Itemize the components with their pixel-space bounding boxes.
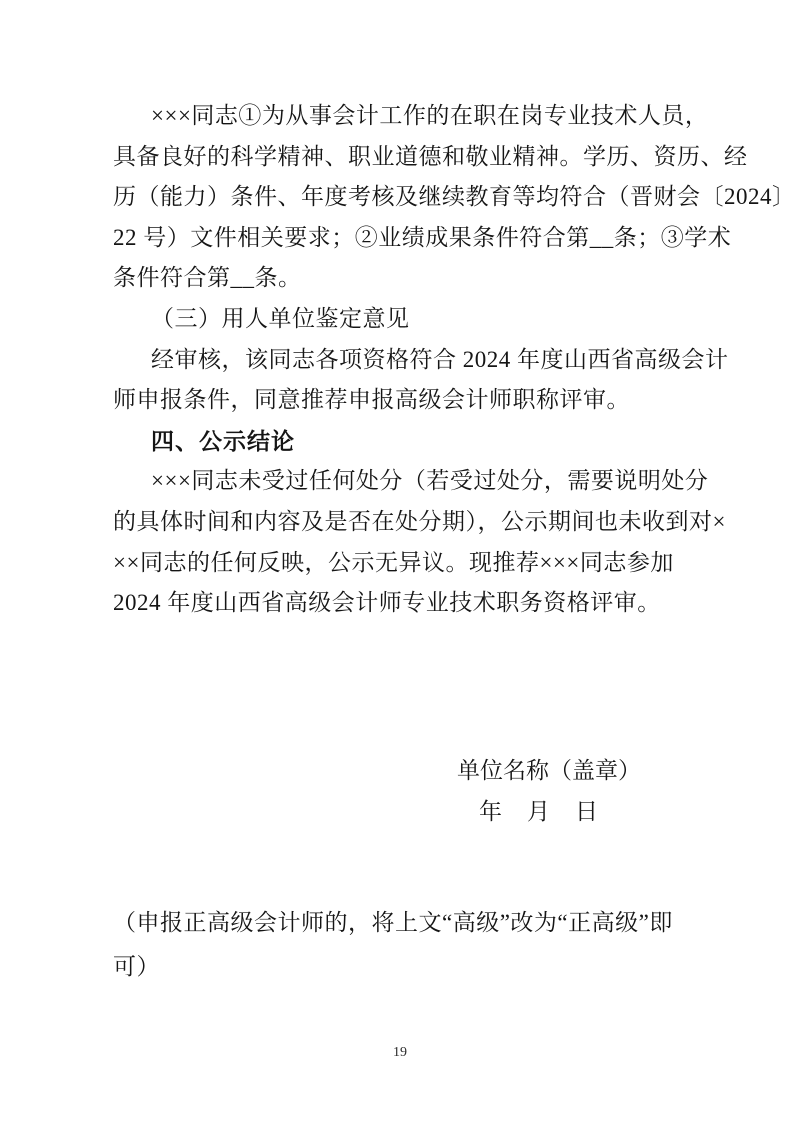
- body-line: 条件符合第__条。: [113, 258, 691, 299]
- body-line: ×××同志①为从事会计工作的在职在岗专业技术人员，: [113, 96, 691, 137]
- body-line: 2024 年度山西省高级会计师专业技术职务资格评审。: [113, 583, 691, 624]
- note-line: 可）: [113, 945, 693, 989]
- document-page: ×××同志①为从事会计工作的在职在岗专业技术人员， 具备良好的科学精神、职业道德…: [0, 0, 800, 1131]
- signature-block: 单位名称（盖章） 年 月 日: [0, 751, 800, 832]
- body-line: 师申报条件，同意推荐申报高级会计师职称评审。: [113, 380, 691, 421]
- body-line: 历（能力）条件、年度考核及继续教育等均符合（晋财会〔2024〕: [113, 177, 691, 218]
- document-body: ×××同志①为从事会计工作的在职在岗专业技术人员， 具备良好的科学精神、职业道德…: [113, 96, 691, 624]
- page-number: 19: [0, 1045, 800, 1061]
- body-line: 22 号）文件相关要求；②业绩成果条件符合第__条；③学术: [113, 218, 691, 259]
- date-line: 年 月 日: [479, 792, 800, 833]
- body-line: 具备良好的科学精神、职业道德和敬业精神。学历、资历、经: [113, 137, 691, 178]
- note-line: （申报正高级会计师的，将上文“高级”改为“正高级”即: [113, 901, 693, 945]
- note-block: （申报正高级会计师的，将上文“高级”改为“正高级”即 可）: [113, 901, 693, 989]
- subsection-heading-line: （三）用人单位鉴定意见: [113, 299, 691, 340]
- body-line: 经审核，该同志各项资格符合 2024 年度山西省高级会计: [113, 340, 691, 381]
- unit-name-seal-line: 单位名称（盖章）: [457, 751, 800, 792]
- body-line: ×××同志未受过任何处分（若受过处分，需要说明处分: [113, 461, 691, 502]
- body-line: 的具体时间和内容及是否在处分期），公示期间也未收到对×: [113, 502, 691, 543]
- section-heading-line: 四、公示结论: [113, 421, 691, 462]
- body-line: ××同志的任何反映，公示无异议。现推荐×××同志参加: [113, 543, 691, 584]
